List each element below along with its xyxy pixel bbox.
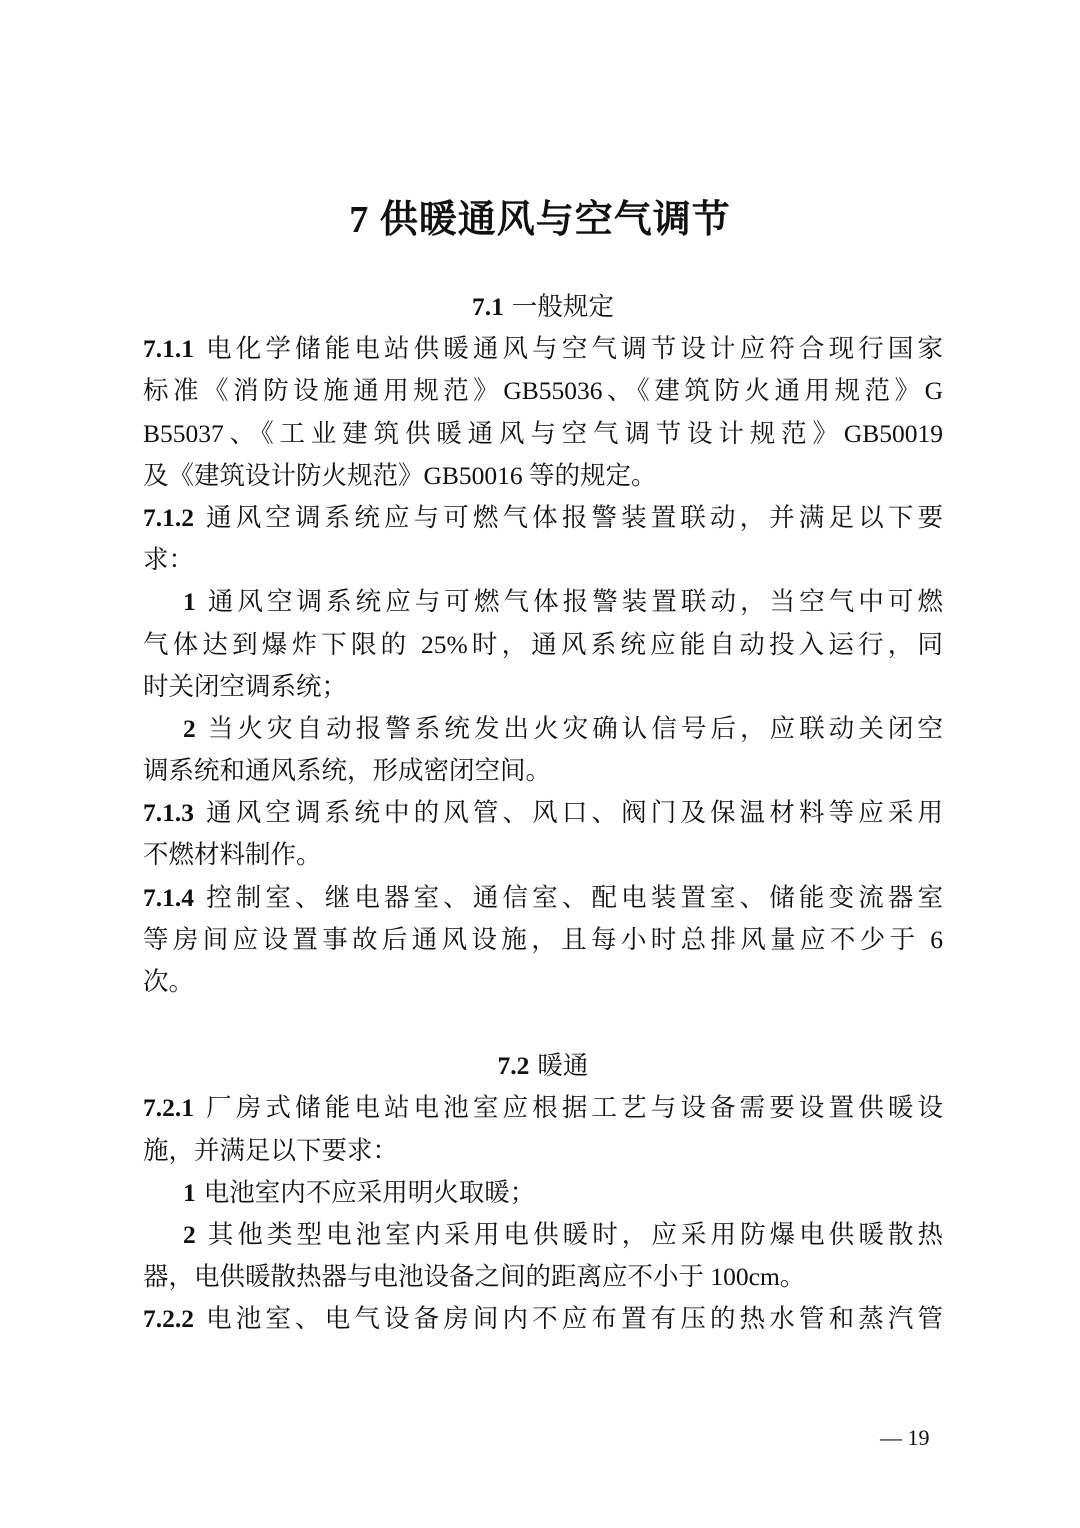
chapter-title: 7 供暖通风与空气调节: [0, 190, 1080, 250]
clause-text: 电化学储能电站供暖通风与空气调节设计应符合现行国家: [202, 334, 943, 363]
clause-text: 通风空调系统应与可燃气体报警装置联动，并满足以下要: [202, 503, 943, 532]
clause-number: 7.1.4: [143, 883, 194, 912]
item-line: 1电池室内不应采用明火取暖；: [143, 1172, 943, 1214]
clause-7-1-1-line: 标准《消防设施通用规范》GB55036、《建筑防火通用规范》G: [143, 370, 943, 412]
item-number: 2: [183, 714, 196, 743]
clause-7-1-1-line: 7.1.1电化学储能电站供暖通风与空气调节设计应符合现行国家: [143, 328, 943, 370]
item-line: 2其他类型电池室内采用电供暖时，应采用防爆电供暖散热: [143, 1214, 943, 1256]
clause-number: 7.2.1: [143, 1093, 194, 1122]
clause-7-1-4-line: 7.1.4控制室、继电器室、通信室、配电装置室、储能变流器室: [143, 877, 943, 919]
item-number: 1: [183, 587, 196, 616]
clause-7-1-2-line: 7.1.2通风空调系统应与可燃气体报警装置联动，并满足以下要: [143, 497, 943, 539]
clause-7-2-1-line: 7.2.1厂房式储能电站电池室应根据工艺与设备需要设置供暖设: [143, 1087, 943, 1129]
item-number: 2: [183, 1220, 196, 1249]
section-title: 一般规定: [512, 292, 614, 321]
clause-text: 电池室、电气设备房间内不应布置有压的热水管和蒸汽管: [202, 1304, 943, 1333]
clause-7-2-1-line: 施，并满足以下要求：: [143, 1130, 943, 1172]
clause-7-1-4-line: 次。: [143, 961, 943, 1003]
item-line: 气体达到爆炸下限的 25%时，通风系统应能自动投入运行，同: [143, 624, 943, 666]
document-page: 7 供暖通风与空气调节 7.1一般规定 7.1.1电化学储能电站供暖通风与空气调…: [0, 0, 1080, 1528]
page-number: — 19: [880, 1425, 930, 1451]
clause-7-1-1-line: 及《建筑设计防火规范》GB50016 等的规定。: [143, 455, 943, 497]
item-line: 1通风空调系统应与可燃气体报警装置联动，当空气中可燃: [143, 581, 943, 623]
page-content: 7.1一般规定 7.1.1电化学储能电站供暖通风与空气调节设计应符合现行国家 标…: [143, 286, 943, 1341]
clause-7-1-2-line: 求：: [143, 539, 943, 581]
section-number: 7.2: [498, 1051, 530, 1080]
clause-number: 7.2.2: [143, 1304, 194, 1333]
item-text: 通风空调系统应与可燃气体报警装置联动，当空气中可燃: [204, 587, 943, 616]
clause-text: 控制室、继电器室、通信室、配电装置室、储能变流器室: [202, 883, 943, 912]
clause-7-1-4-line: 等房间应设置事故后通风设施，且每小时总排风量应不少于 6: [143, 919, 943, 961]
item-text: 当火灾自动报警系统发出火灾确认信号后，应联动关闭空: [204, 714, 943, 743]
clause-number: 7.1.3: [143, 798, 194, 827]
section-gap: [143, 1003, 943, 1045]
clause-text: 厂房式储能电站电池室应根据工艺与设备需要设置供暖设: [202, 1093, 943, 1122]
clause-number: 7.1.2: [143, 503, 194, 532]
section-heading-7-1: 7.1一般规定: [143, 286, 943, 328]
item-text: 其他类型电池室内采用电供暖时，应采用防爆电供暖散热: [204, 1220, 943, 1249]
clause-text: 通风空调系统中的风管、风口、阀门及保温材料等应采用: [202, 798, 943, 827]
item-line: 器，电供暖散热器与电池设备之间的距离应不小于 100cm。: [143, 1256, 943, 1298]
section-number: 7.1: [472, 292, 504, 321]
clause-7-1-3-line: 7.1.3通风空调系统中的风管、风口、阀门及保温材料等应采用: [143, 792, 943, 834]
section-heading-7-2: 7.2暖通: [143, 1045, 943, 1087]
item-text: 电池室内不应采用明火取暖；: [204, 1178, 536, 1207]
item-line: 调系统和通风系统，形成密闭空间。: [143, 750, 943, 792]
item-number: 1: [183, 1178, 196, 1207]
clause-7-1-1-line: B55037、《工业建筑供暖通风与空气调节设计规范》GB50019: [143, 413, 943, 455]
item-line: 2当火灾自动报警系统发出火灾确认信号后，应联动关闭空: [143, 708, 943, 750]
clause-7-2-2-line: 7.2.2电池室、电气设备房间内不应布置有压的热水管和蒸汽管: [143, 1298, 943, 1340]
item-line: 时关闭空调系统；: [143, 666, 943, 708]
clause-number: 7.1.1: [143, 334, 194, 363]
section-title: 暖通: [537, 1051, 588, 1080]
clause-7-1-3-line: 不燃材料制作。: [143, 834, 943, 876]
